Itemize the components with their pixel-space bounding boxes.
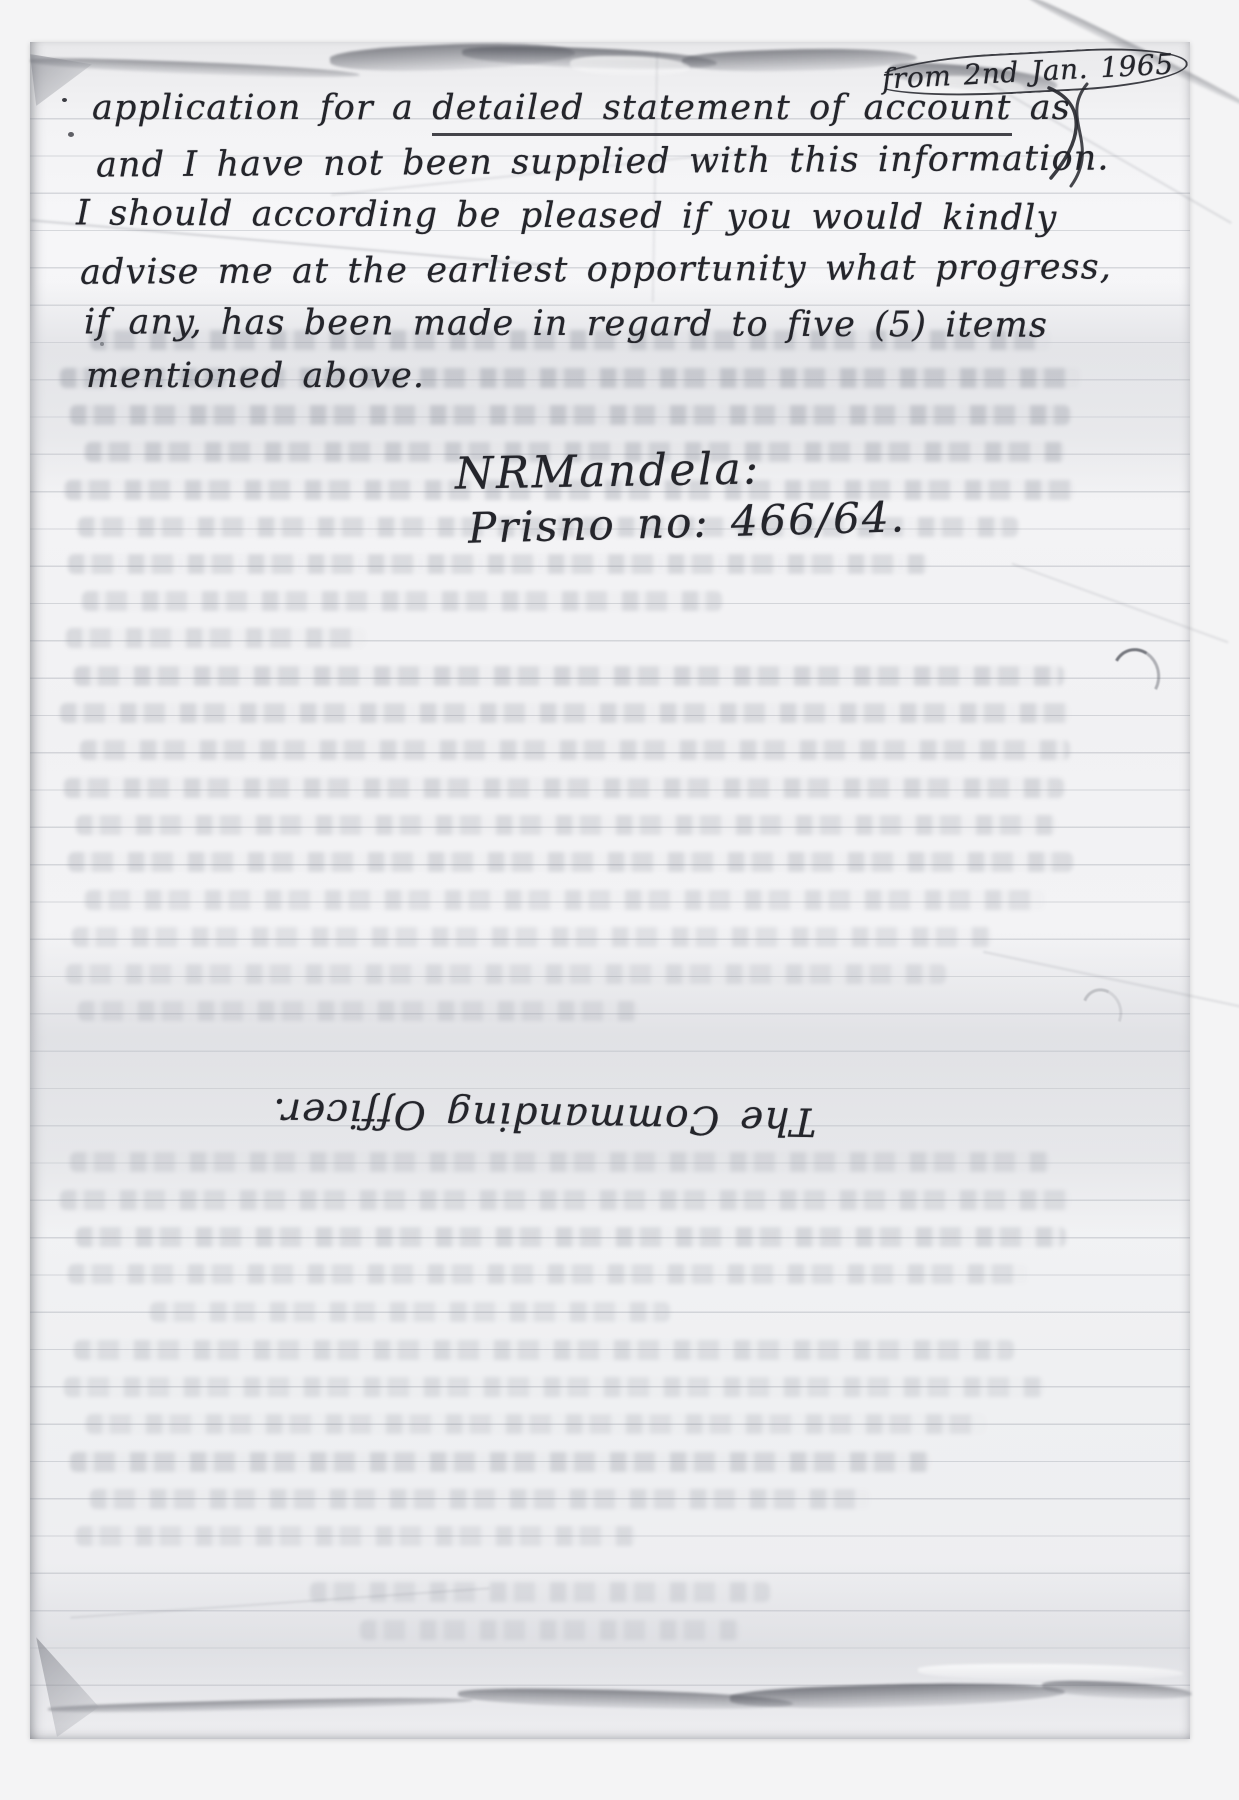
- letter-line: advise me at the earliest opportunity wh…: [80, 247, 1112, 292]
- bleedthrough-line: [68, 1264, 1028, 1284]
- inverted-addressee-text: The Commanding Officer.: [272, 1089, 817, 1143]
- paper-sheet: from 2nd Jan. 1965 application for a det…: [30, 42, 1190, 1739]
- letter-line: I should according be pleased if you wou…: [76, 193, 1057, 238]
- scanned-letter-page: from 2nd Jan. 1965 application for a det…: [0, 0, 1239, 1800]
- bleedthrough-line: [70, 405, 1070, 425]
- letter-line-text: as: [1012, 88, 1071, 128]
- bleedthrough-line: [68, 852, 1073, 872]
- letter-line-text: application for a: [92, 88, 432, 128]
- letter-line-text: I should according be pleased if you wou…: [76, 193, 1057, 238]
- bleedthrough-line: [66, 964, 946, 984]
- bleedthrough-line: [82, 591, 722, 611]
- bleedthrough-line: [85, 890, 1045, 910]
- signature: NRMandela:: [455, 443, 761, 499]
- underlined-phrase: detailed statement of account: [432, 88, 1011, 136]
- letter-line: mentioned above.: [86, 356, 425, 396]
- bleedthrough-line: [72, 927, 992, 947]
- bleedthrough-line: [310, 1582, 770, 1602]
- bleedthrough-line: [60, 1190, 1070, 1210]
- letter-line-text: mentioned above.: [86, 356, 425, 396]
- bleedthrough-line: [74, 1340, 1014, 1360]
- bleedthrough-line: [76, 1227, 1066, 1247]
- letter-line-text: and I have not been supplied with this i…: [96, 138, 1110, 185]
- ink-speck: [68, 132, 74, 137]
- bleedthrough-line: [74, 666, 1064, 686]
- bleedthrough-line: [70, 1152, 1050, 1172]
- bleedthrough-line: [64, 1377, 1044, 1397]
- letter-line-text: if any, has been made in regard to five …: [84, 302, 1048, 345]
- bleedthrough-line: [76, 1526, 636, 1546]
- bleedthrough-line: [60, 703, 1070, 723]
- bleedthrough-line: [68, 554, 928, 574]
- bleedthrough-line: [150, 1302, 670, 1322]
- bleedthrough-line: [64, 778, 1064, 798]
- letter-line-text: advise me at the earliest opportunity wh…: [80, 247, 1112, 292]
- bleedthrough-line: [360, 1620, 740, 1640]
- signature-text: NRMandela:: [455, 443, 761, 499]
- bleedthrough-line: [86, 1414, 986, 1434]
- letter-line: application for a detailed statement of …: [92, 88, 1071, 128]
- bleedthrough-line: [66, 628, 366, 648]
- bleedthrough-line: [90, 1489, 870, 1509]
- bleedthrough-line: [76, 815, 1056, 835]
- bleedthrough-line: [78, 1001, 638, 1021]
- letter-line: and I have not been supplied with this i…: [96, 138, 1110, 185]
- letter-line: if any, has been made in regard to five …: [84, 302, 1048, 345]
- bleedthrough-line: [80, 740, 1070, 760]
- ink-speck: [62, 98, 67, 102]
- bleedthrough-line: [70, 1452, 930, 1472]
- inverted-addressee-line: The Commanding Officer.: [272, 1089, 817, 1143]
